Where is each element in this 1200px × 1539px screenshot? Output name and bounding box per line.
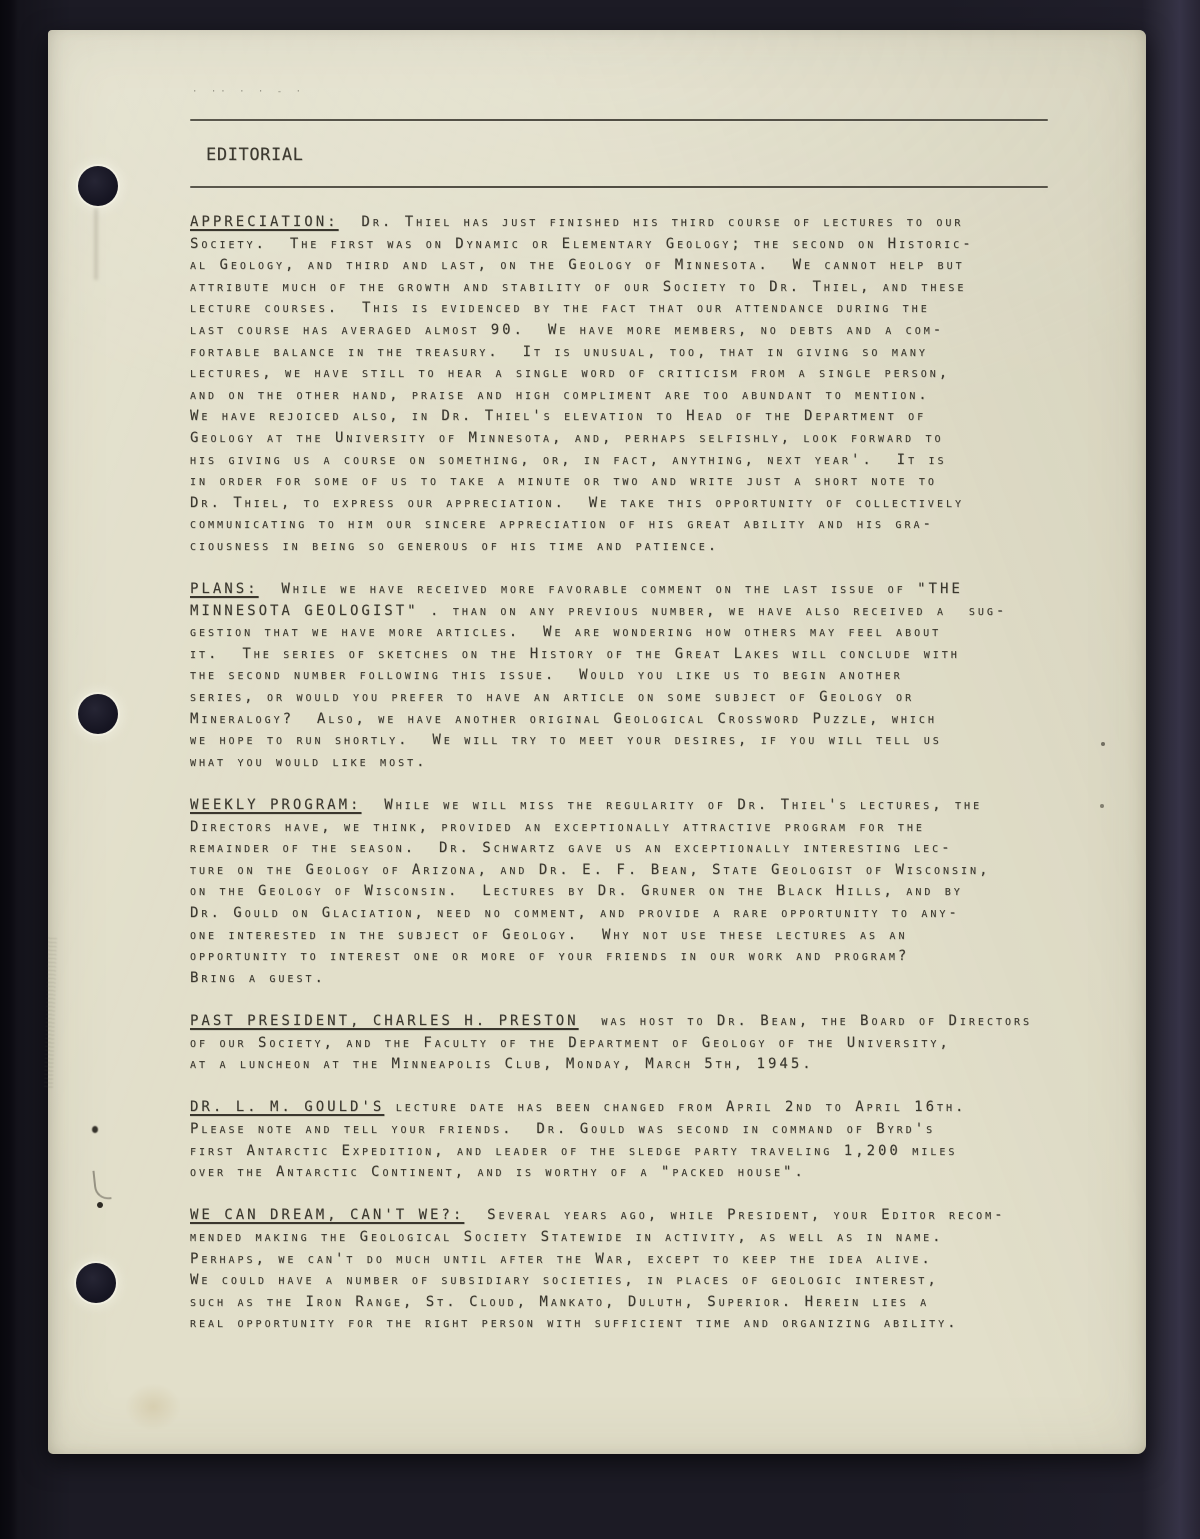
document-page: · ·· · · - · EDITORIAL APPRECIATION: Dr.… <box>48 30 1146 1454</box>
heading-gould-lecture: DR. L. M. GOULD'S <box>190 1099 384 1115</box>
heading-we-can-dream: WE CAN DREAM, CAN'T WE?: <box>190 1207 464 1223</box>
paragraph-body: Several years ago, while President, your… <box>190 1207 1006 1331</box>
paragraph-gould-lecture: DR. L. M. GOULD'S lecture date has been … <box>190 1097 1110 1183</box>
punch-hole-top <box>78 166 118 206</box>
divider-rule-top <box>190 119 1048 121</box>
page-content: · ·· · · - · EDITORIAL APPRECIATION: Dr.… <box>190 30 1110 1335</box>
paragraph-we-can-dream: WE CAN DREAM, CAN'T WE?: Several years a… <box>190 1205 1110 1335</box>
scanned-document-background: · ·· · · - · EDITORIAL APPRECIATION: Dr.… <box>0 0 1200 1539</box>
punch-hole-middle <box>78 694 118 734</box>
paragraph-past-president: PAST PRESIDENT, CHARLES H. PRESTON was h… <box>190 1011 1110 1076</box>
pen-mark <box>92 1169 111 1201</box>
typed-dots-mark: · ·· · · - · <box>192 86 1110 98</box>
heading-plans: PLANS: <box>190 581 259 597</box>
punch-hole-bottom <box>76 1263 116 1303</box>
heading-appreciation: APPRECIATION: <box>190 214 339 230</box>
heading-weekly-program: WEEKLY PROGRAM: <box>190 797 361 813</box>
editorial-body: APPRECIATION: Dr. Thiel has just finishe… <box>190 212 1110 1335</box>
paragraph-body: While we will miss the regularity of Dr.… <box>190 797 991 986</box>
ink-spot <box>92 1126 98 1133</box>
divider-rule-bottom <box>190 186 1048 188</box>
page-title: EDITORIAL <box>206 146 1110 165</box>
edge-pencil-scribble <box>44 935 57 1090</box>
paper-smudge <box>94 208 98 280</box>
pen-mark-dot <box>97 1202 103 1208</box>
paper-stain <box>114 1374 192 1440</box>
paragraph-body: Dr. Thiel has just finished his third co… <box>190 214 974 554</box>
paragraph-body: While we have received more favorable co… <box>190 581 1007 770</box>
paragraph-weekly-program: WEEKLY PROGRAM: While we will miss the r… <box>190 795 1110 989</box>
heading-past-president: PAST PRESIDENT, CHARLES H. PRESTON <box>190 1013 579 1029</box>
scan-left-edge <box>0 0 18 1539</box>
paragraph-plans: PLANS: While we have received more favor… <box>190 579 1110 773</box>
paragraph-appreciation: APPRECIATION: Dr. Thiel has just finishe… <box>190 212 1110 558</box>
scan-right-edge <box>1142 0 1200 1539</box>
